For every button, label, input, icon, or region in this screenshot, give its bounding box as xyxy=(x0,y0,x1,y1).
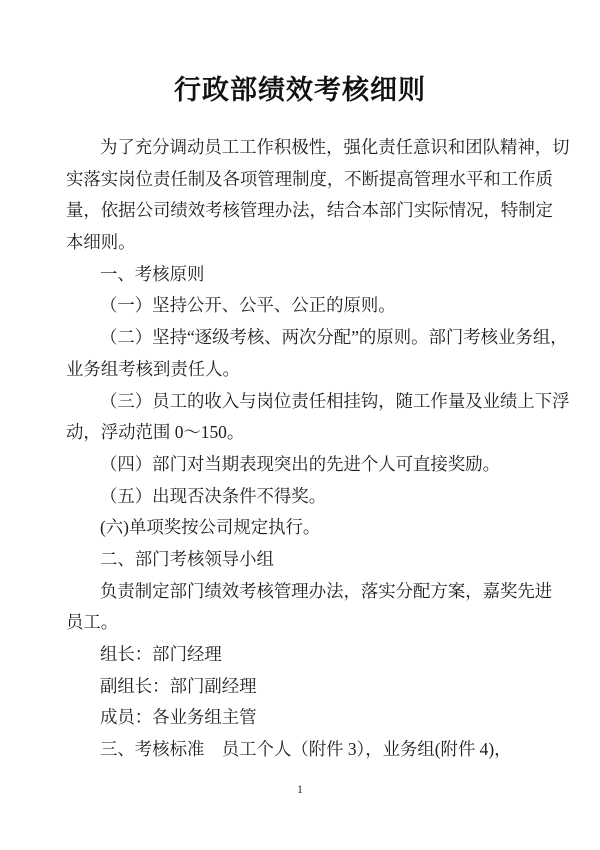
text-line: 副组长：部门副经理 xyxy=(66,671,538,703)
text-line: 员工。 xyxy=(66,607,538,639)
text-line: 为了充分调动员工工作积极性，强化责任意识和团队精神，切 xyxy=(66,132,538,164)
text-line: （一）坚持公开、公平、公正的原则。 xyxy=(66,290,538,322)
text-line: 业务组考核到责任人。 xyxy=(66,354,538,386)
document-title: 行政部绩效考核细则 xyxy=(0,68,600,107)
page-number: 1 xyxy=(0,782,600,797)
text-line: 负责制定部门绩效考核管理办法，落实分配方案，嘉奖先进 xyxy=(66,576,538,608)
text-line: (六)单项奖按公司规定执行。 xyxy=(66,512,538,544)
text-line: （三）员工的收入与岗位责任相挂钩，随工作量及业绩上下浮 xyxy=(66,386,538,418)
text-line: 本细则。 xyxy=(66,227,538,259)
document-page: 行政部绩效考核细则 为了充分调动员工工作积极性，强化责任意识和团队精神，切 实落… xyxy=(0,0,600,850)
document-body: 为了充分调动员工工作积极性，强化责任意识和团队精神，切 实落实岗位责任制及各项管… xyxy=(66,132,538,766)
text-line: （二）坚持“逐级考核、两次分配”的原则。部门考核业务组， xyxy=(66,322,538,354)
text-line: 成员：各业务组主管 xyxy=(66,702,538,734)
text-line: （五）出现否决条件不得奖。 xyxy=(66,481,538,513)
text-line: 量，依据公司绩效考核管理办法，结合本部门实际情况，特制定 xyxy=(66,195,538,227)
section-heading: 一、考核原则 xyxy=(66,259,538,291)
section-heading: 三、考核标准 员工个人（附件 3），业务组(附件 4)， xyxy=(66,734,538,766)
text-line: 实落实岗位责任制及各项管理制度，不断提高管理水平和工作质 xyxy=(66,164,538,196)
text-line: （四）部门对当期表现突出的先进个人可直接奖励。 xyxy=(66,449,538,481)
section-heading: 二、部门考核领导小组 xyxy=(66,544,538,576)
text-line: 动，浮动范围 0～150。 xyxy=(66,417,538,449)
text-line: 组长：部门经理 xyxy=(66,639,538,671)
